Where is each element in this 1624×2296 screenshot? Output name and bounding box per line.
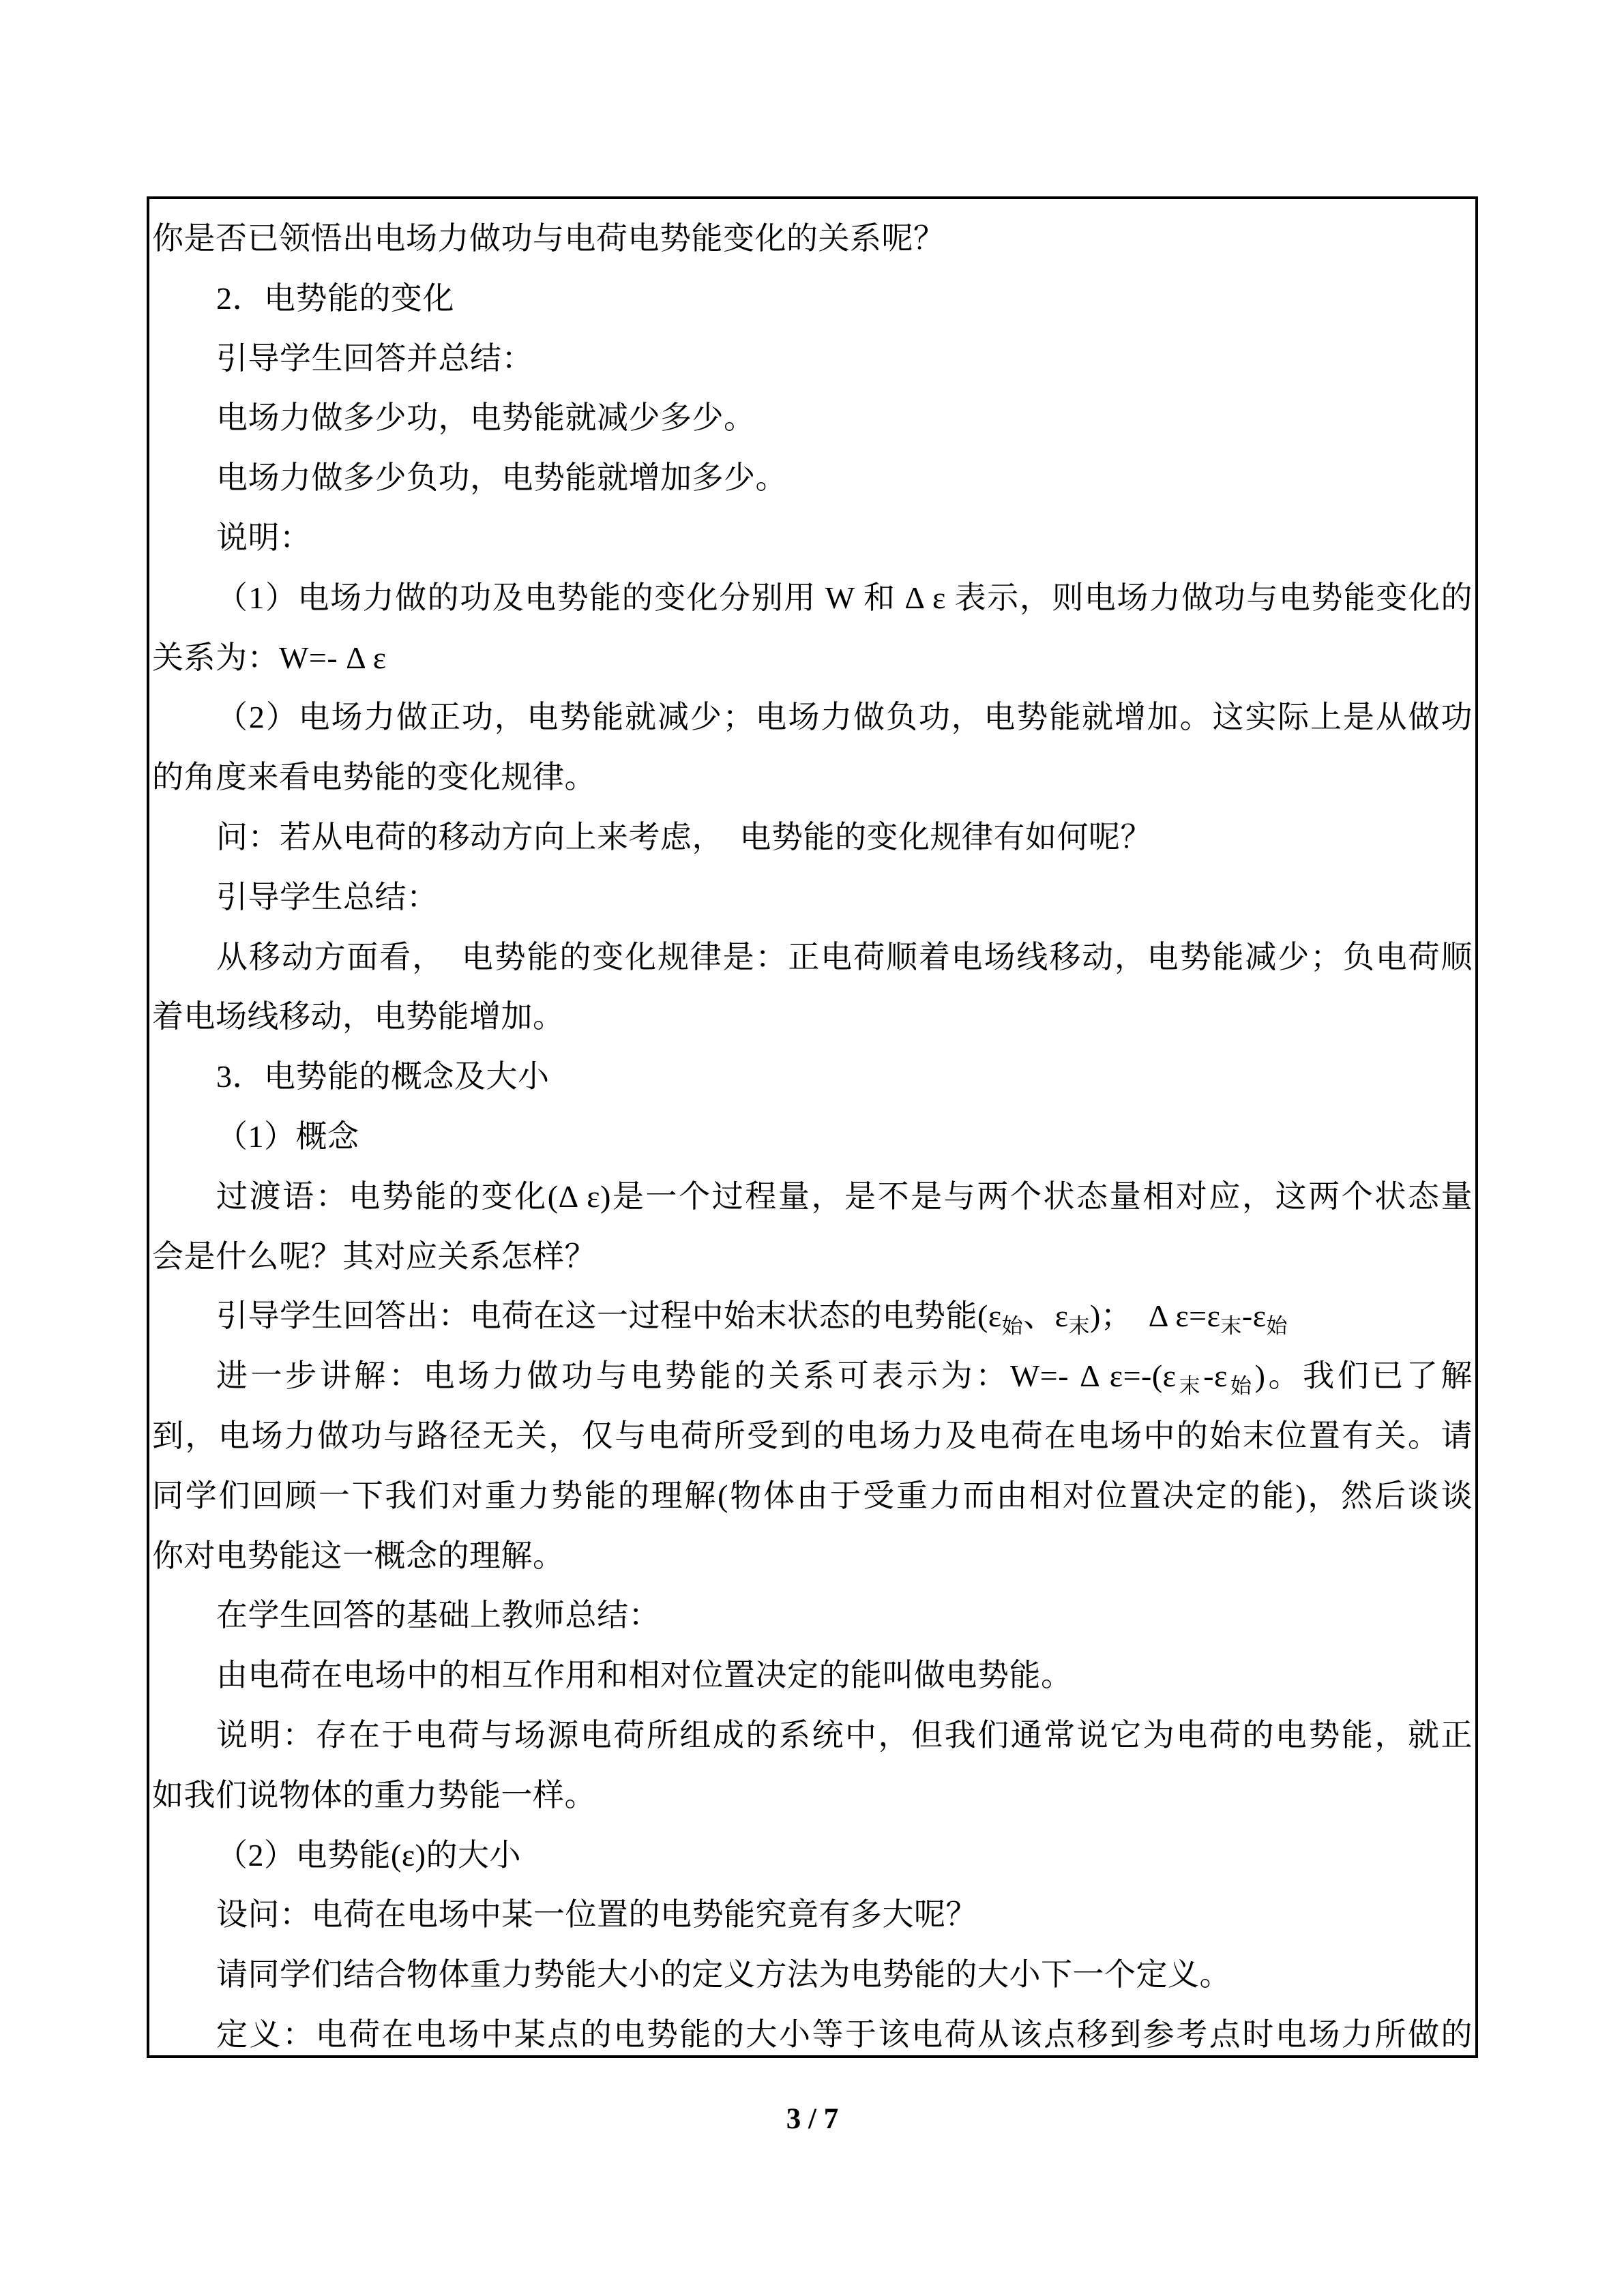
text-line: 你对电势能这一概念的理解。: [152, 1526, 1473, 1586]
text-line: 过渡语：电势能的变化(Δ ε)是一个过程量，是不是与两个状态量相对应，这两个状态…: [152, 1167, 1473, 1227]
text-line: 引导学生总结：: [152, 867, 1473, 927]
text-line: 引导学生回答并总结：: [152, 329, 1473, 389]
text-line: 引导学生回答出：电荷在这一过程中始末状态的电势能(ε始、ε末)； Δ ε=ε末-…: [152, 1286, 1473, 1346]
lesson-plan-table-cell: 你是否已领悟出电场力做功与电荷电势能变化的关系呢？ 2．电势能的变化 引导学生回…: [147, 196, 1478, 2058]
text-line: 同学们回顾一下我们对重力势能的理解(物体由于受重力而由相对位置决定的能)，然后谈…: [152, 1466, 1473, 1526]
text-line: 的角度来看电势能的变化规律。: [152, 747, 1473, 807]
text-line: 3．电势能的概念及大小: [152, 1047, 1473, 1107]
text-line: （2）电场力做正功，电势能就减少；电场力做负功，电势能就增加。这实际上是从做功: [152, 687, 1473, 747]
text-line: 问：若从电荷的移动方向上来考虑， 电势能的变化规律有如何呢？: [152, 807, 1473, 867]
text-line: 到，电场力做功与路径无关，仅与电荷所受到的电场力及电荷在电场中的始末位置有关。请: [152, 1406, 1473, 1466]
text-line: 2．电势能的变化: [152, 269, 1473, 329]
text-line: 着电场线移动，电势能增加。: [152, 987, 1473, 1047]
text-line: （1）概念: [152, 1107, 1473, 1167]
text-line: 电场力做多少功，电势能就减少多少。: [152, 388, 1473, 448]
text-line: 你是否已领悟出电场力做功与电荷电势能变化的关系呢？: [152, 209, 1473, 269]
text-line: 电场力做多少负功，电势能就增加多少。: [152, 448, 1473, 508]
text-line: 定义：电荷在电场中某点的电势能的大小等于该电荷从该点移到参考点时电场力所做的: [152, 2005, 1473, 2058]
text-line: 由电荷在电场中的相互作用和相对位置决定的能叫做电势能。: [152, 1645, 1473, 1705]
text-line: 在学生回答的基础上教师总结：: [152, 1585, 1473, 1645]
text-line: 关系为：W=- Δ ε: [152, 628, 1473, 688]
text-line: （1）电场力做的功及电势能的变化分别用 W 和 Δ ε 表示，则电场力做功与电势…: [152, 568, 1473, 628]
text-line: 说明：存在于电荷与场源电荷所组成的系统中，但我们通常说它为电荷的电势能，就正: [152, 1705, 1473, 1765]
text-line: 请同学们结合物体重力势能大小的定义方法为电势能的大小下一个定义。: [152, 1945, 1473, 2005]
text-line: 设问：电荷在电场中某一位置的电势能究竟有多大呢？: [152, 1885, 1473, 1945]
text-line: （2）电势能(ε)的大小: [152, 1825, 1473, 1885]
text-line: 从移动方面看， 电势能的变化规律是：正电荷顺着电场线移动，电势能减少；负电荷顺: [152, 927, 1473, 987]
text-line: 如我们说物体的重力势能一样。: [152, 1765, 1473, 1825]
text-line: 进一步讲解：电场力做功与电势能的关系可表示为：W=- Δ ε=-(ε末-ε始)。…: [152, 1346, 1473, 1406]
page-number: 3 / 7: [147, 2099, 1478, 2140]
text-line: 会是什么呢？其对应关系怎样？: [152, 1227, 1473, 1287]
text-line: 说明：: [152, 508, 1473, 568]
